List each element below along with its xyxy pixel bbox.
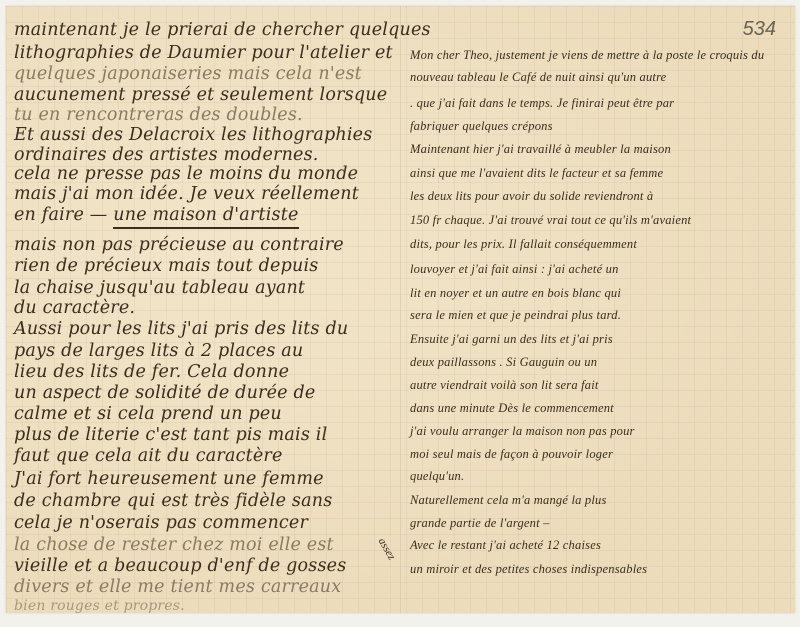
text-line-emphasis: en faire — une maison d'artiste en faire… <box>14 205 299 225</box>
text-line: maintenant je le prierai de chercher que… <box>14 20 431 40</box>
text-line: Et aussi des Delacroix les lithographies <box>14 125 372 145</box>
text-line: du caractère. <box>14 298 135 318</box>
text-line: bien rouges et propres. <box>14 598 185 614</box>
text-line: lieu des lits de fer. Cela donne <box>14 362 289 382</box>
text-line: j'ai voulu arranger la maison non pas po… <box>410 424 635 439</box>
text-line: Aussi pour les lits j'ai pris des lits d… <box>14 319 348 339</box>
text-line: rien de précieux mais tout depuis <box>14 256 318 276</box>
text-line: fabriquer quelques crépons <box>410 119 553 134</box>
text-line: deux paillassons . Si Gauguin ou un <box>410 355 597 370</box>
text-line: dans une minute Dès le commencement <box>410 401 614 416</box>
text-line: un miroir et des petites choses indispen… <box>410 562 647 577</box>
fold-line <box>400 6 402 613</box>
text-line: ordinaires des artistes modernes. <box>14 145 319 165</box>
text-line: cela ne presse pas le moins du monde <box>14 164 358 184</box>
text-line: Ensuite j'ai garni un des lits et j'ai p… <box>410 332 613 347</box>
page-number: 534 <box>743 18 776 41</box>
text-line: Mon cher Theo, justement je viens de met… <box>410 48 764 63</box>
text-line: . que j'ai fait dans le temps. Je finira… <box>410 96 674 111</box>
text-line: dits, pour les prix. Il fallait conséque… <box>410 237 637 252</box>
emphasis-prefix: en faire — <box>14 205 113 225</box>
text-line: J'ai fort heureusement une femme <box>14 469 324 489</box>
text-line: mais j'ai mon idée. Je veux réellement <box>14 184 359 204</box>
emphasis-phrase: une maison d'artiste <box>113 205 298 229</box>
text-line: pays de larges lits à 2 places au <box>14 341 303 361</box>
text-line: aucunement pressé et seulement lorsque <box>14 85 387 105</box>
text-line: la chaise jusqu'au tableau ayant <box>14 278 305 298</box>
text-line: sera le mien et que je peindrai plus tar… <box>410 308 621 323</box>
text-line: un aspect de solidité de durée de <box>14 383 315 403</box>
text-line: Naturellement cela m'a mangé la plus <box>410 493 607 508</box>
text-line: grande partie de l'argent – <box>410 516 550 531</box>
right-page: 534 Mon cher Theo, justement je viens de… <box>410 6 790 613</box>
text-line: tu en rencontreras des doubles. <box>14 105 303 125</box>
left-page: maintenant je le prierai de chercher que… <box>14 6 394 613</box>
text-line: les deux lits pour avoir du solide revie… <box>410 189 653 204</box>
text-line: moi seul mais de façon à pouvoir loger <box>410 447 613 462</box>
text-line: lithographies de Daumier pour l'atelier … <box>14 43 393 63</box>
text-line: Avec le restant j'ai acheté 12 chaises <box>410 538 601 553</box>
text-line: plus de literie c'est tant pis mais il <box>14 425 327 445</box>
text-line: Maintenant hier j'ai travaillé à meubler… <box>410 142 671 157</box>
text-line: lit en noyer et un autre en bois blanc q… <box>410 286 621 301</box>
text-line: la chose de rester chez moi elle est <box>14 535 334 555</box>
text-line: autre viendrait voilà son lit sera fait <box>410 378 599 393</box>
text-line: vieille et a beaucoup d'enf de gosses <box>14 556 346 576</box>
text-line: quelqu'un. <box>410 469 464 484</box>
text-line: nouveau tableau le Café de nuit ainsi qu… <box>410 70 666 85</box>
text-line: divers et elle me tient mes carreaux <box>14 577 341 597</box>
text-line: quelques japonaiseries mais cela n'est <box>14 64 362 84</box>
text-line: louvoyer et j'ai fait ainsi : j'ai achet… <box>410 262 619 277</box>
text-line: mais non pas précieuse au contraire <box>14 235 344 255</box>
text-line: cela je n'oserais pas commencer <box>14 513 308 533</box>
text-line: faut que cela ait du caractère <box>14 446 283 466</box>
text-line: de chambre qui est très fidèle sans <box>14 491 332 511</box>
text-line: calme et si cela prend un peu <box>14 404 282 424</box>
text-line: 150 fr chaque. J'ai trouvé vrai tout ce … <box>410 213 691 228</box>
text-line: ainsi que me l'avaient dits le facteur e… <box>410 166 663 181</box>
